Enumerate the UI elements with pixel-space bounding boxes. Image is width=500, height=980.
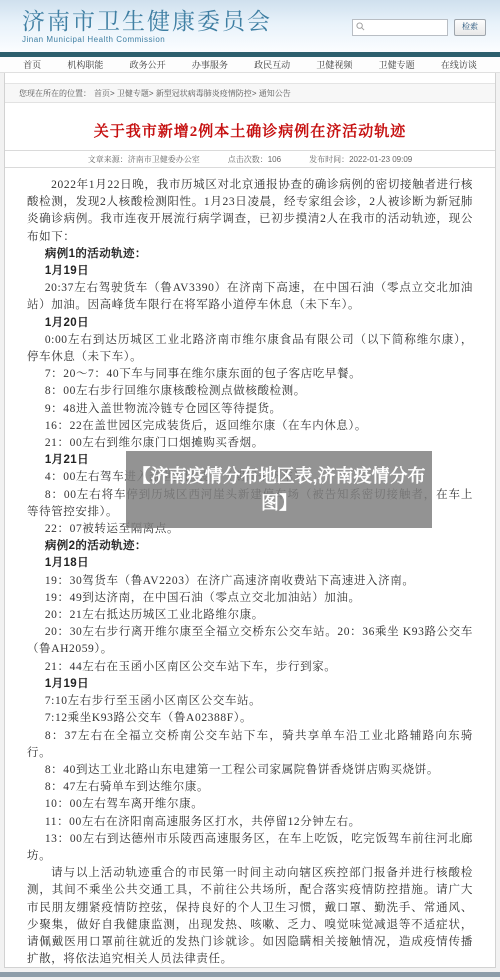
nav-item[interactable]: 机构职能: [67, 58, 103, 71]
nav-item[interactable]: 办事服务: [192, 58, 228, 71]
article-meta: 文章来源：济南市卫健委办公室 点击次数：106 发布时间：2022-01-23 …: [5, 150, 495, 168]
article-paragraph: 2022年1月22日晚，我市历城区对北京通报协查的确诊病例的密切接触者进行核酸检…: [27, 177, 473, 246]
search-button[interactable]: 检索: [454, 19, 486, 36]
breadcrumb-link[interactable]: 通知公告: [259, 89, 291, 98]
article-subhead: 1月19日: [27, 676, 473, 693]
article-subhead: 病例1的活动轨迹：: [27, 246, 473, 263]
watermark-overlay: 【济南疫情分布地区表,济南疫情分布图】: [126, 451, 432, 528]
nav-item[interactable]: 卫健视频: [316, 58, 352, 71]
article-title: 关于我市新增2例本土确诊病例在济活动轨迹: [5, 120, 495, 141]
nav-menu: 首页机构职能政务公开办事服务政民互动卫健视频卫健专题在线访谈: [0, 57, 500, 73]
search-area: 检索: [352, 19, 486, 36]
article-paragraph: 16：22在盖世园区完成装货后，返回维尔康（在车内休息）。: [27, 418, 473, 435]
article-paragraph: 19：30驾货车（鲁AV2203）在济广高速济南收费站下高速进入济南。: [27, 573, 473, 590]
meta-source: 文章来源：济南市卫健委办公室: [88, 154, 200, 165]
search-box[interactable]: [352, 19, 448, 36]
article-paragraph: 7:10左右步行至玉函小区南区公交车站。: [27, 693, 473, 710]
breadcrumb-items: 首页> 卫健专题> 新型冠状病毒肺炎疫情防控> 通知公告: [94, 88, 291, 99]
breadcrumb: 您现在所在的位置： 首页> 卫健专题> 新型冠状病毒肺炎疫情防控> 通知公告: [5, 84, 495, 103]
article-paragraph: 21：00左右到维尔康门口烟摊购买香烟。: [27, 435, 473, 452]
article-subhead: 病例2的活动轨迹：: [27, 538, 473, 555]
nav-item[interactable]: 在线访谈: [441, 58, 477, 71]
article-paragraph: 20:37左右驾驶货车（鲁AV3390）在济南下高速，在中国石油（零点立交北加油…: [27, 280, 473, 314]
article-paragraph: 20：30左右步行离开维尔康至全福立交桥东公交车站。20：36乘坐 K93路公交…: [27, 624, 473, 658]
search-input[interactable]: [365, 21, 444, 34]
article-paragraph: 11：00左右在济阳南高速服务区打水，共停留12分钟左右。: [27, 814, 473, 831]
article-paragraph: 8：47左右骑单车到达维尔康。: [27, 779, 473, 796]
article-paragraph: 10：00左右驾车离开维尔康。: [27, 796, 473, 813]
article-paragraph: 请与以上活动轨迹重合的市民第一时间主动向辖区疾控部门报备并进行核酸检测，其间不乘…: [27, 865, 473, 968]
article-panel: 关于我市新增2例本土确诊病例在济活动轨迹 文章来源：济南市卫健委办公室 点击次数…: [5, 103, 495, 968]
footer-bar: [0, 972, 500, 977]
meta-publish-time: 发布时间：2022-01-23 09:09: [309, 154, 412, 165]
site-title: 济南市卫生健康委员会: [22, 8, 272, 34]
article-paragraph: 7：20～7：40下车与同事在维尔康东面的包子客店吃早餐。: [27, 366, 473, 383]
article-paragraph: 13：00左右到达德州市乐陵西高速服务区，在车上吃饭，吃完饭驾车前往河北廊坊。: [27, 831, 473, 865]
article-body: 2022年1月22日晚，我市历城区对北京通报协查的确诊病例的密切接触者进行核酸检…: [5, 168, 495, 968]
article-paragraph: 7:12乘坐K93路公交车（鲁A02388F）。: [27, 710, 473, 727]
breadcrumb-link[interactable]: 首页: [94, 89, 110, 98]
article-paragraph: 8：37左右在全福立交桥南公交车站下车，骑共享单车沿工业北路辅路向东骑行。: [27, 728, 473, 762]
breadcrumb-link[interactable]: 新型冠状病毒肺炎疫情防控: [156, 89, 252, 98]
nav-item[interactable]: 政民互动: [254, 58, 290, 71]
breadcrumb-prefix: 您现在所在的位置：: [19, 88, 91, 99]
meta-clicks: 点击次数：106: [228, 154, 281, 165]
article-subhead: 1月20日: [27, 315, 473, 332]
breadcrumb-link[interactable]: 卫健专题: [117, 89, 149, 98]
nav-item[interactable]: 首页: [23, 58, 41, 71]
article-subhead: 1月18日: [27, 555, 473, 572]
article-subhead: 1月19日: [27, 263, 473, 280]
article-paragraph: 0:00左右到达历城区工业北路济南市维尔康食品有限公司（以下简称维尔康），停车休…: [27, 332, 473, 366]
article-paragraph: 9：48进入盖世物流冷链专仓园区等待提货。: [27, 401, 473, 418]
search-icon: [356, 18, 365, 36]
article-paragraph: 21：44左右在玉函小区南区公交车站下车，步行到家。: [27, 659, 473, 676]
sub-nav-strip: [5, 73, 495, 84]
site-header: 济南市卫生健康委员会 Jinan Municipal Health Commis…: [0, 0, 500, 52]
page: 济南市卫生健康委员会 Jinan Municipal Health Commis…: [0, 0, 500, 980]
article-paragraph: 8：40到达工业北路山东电建第一工程公司家属院鲁饼香烧饼店购买烧饼。: [27, 762, 473, 779]
article-paragraph: 8：00左右步行回维尔康核酸检测点做核酸检测。: [27, 383, 473, 400]
article-paragraph: 19：49到达济南，在中国石油（零点立交北加油站）加油。: [27, 590, 473, 607]
nav-item[interactable]: 卫健专题: [379, 58, 415, 71]
site-subtitle: Jinan Municipal Health Commission: [22, 35, 272, 44]
nav-item[interactable]: 政务公开: [130, 58, 166, 71]
article-paragraph: 20：21左右抵达历城区工业北路维尔康。: [27, 607, 473, 624]
site-brand: 济南市卫生健康委员会 Jinan Municipal Health Commis…: [22, 8, 272, 44]
